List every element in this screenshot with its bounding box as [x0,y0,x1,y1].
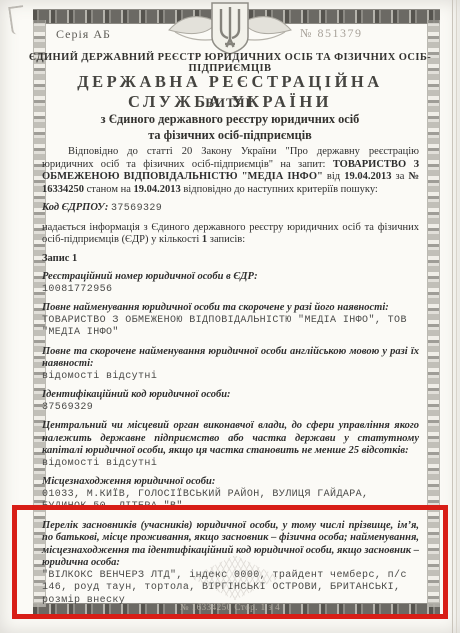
intro-text: станом на [84,184,134,195]
field-value: відомості відсутні [42,371,419,384]
intro-text: від [323,171,344,182]
series-label: Серія АБ [56,27,111,42]
field-registration-number: Реєстраційний номер юридичної особи в ЄД… [42,271,419,296]
record-heading: Запис 1 [42,253,419,266]
edrpou-value: 37569329 [111,203,162,214]
field-identification-code: Ідентифікаційний код юридичної особи: 37… [42,389,419,414]
field-label: Повне та скорочене найменування юридично… [42,346,419,371]
field-value: 10081772956 [42,284,419,297]
asof-date-bold: 19.04.2013 [134,184,181,195]
field-value: 01033, М.КИЇВ, ГОЛОСІЇВСЬКИЙ РАЙОН, ВУЛИ… [42,489,419,514]
info-text: записів: [207,234,245,245]
intro-text: за [391,171,408,182]
edrpou-label: Код ЄДРПОУ: [42,202,108,213]
edrpou-row: Код ЄДРПОУ: 37569329 [42,202,419,216]
field-value: ТОВАРИСТВО З ОБМЕЖЕНОЮ ВІДПОВІДАЛЬНІСТЮ … [42,315,419,340]
ukraine-trident-emblem-icon [165,0,295,58]
subtitle-line-1: з Єдиного державного реєстру юридичних о… [0,112,460,127]
field-english-name: Повне та скорочене найменування юридично… [42,346,419,384]
document-body: Відповідно до статті 20 Закону України "… [42,146,419,613]
field-label: Місцезнаходження юридичної особи: [42,476,419,489]
field-label: Ідентифікаційний код юридичної особи: [42,389,419,402]
document-number: № 851379 [300,26,362,41]
page-footer-note: № 16334250 Стор. 1 з 4 [0,602,460,612]
intro-paragraph: Відповідно до статті 20 Закону України "… [42,146,419,196]
field-label: Центральний чи місцевий орган виконавчої… [42,420,419,458]
vytiah-overlay-word: ВИТЯГ [0,95,460,111]
field-value: відомості відсутні [42,458,419,471]
field-full-name: Повне найменування юридичної особи та ск… [42,302,419,340]
field-state-authority: Центральний чи місцевий орган виконавчої… [42,420,419,470]
field-label: Реєстраційний номер юридичної особи в ЄД… [42,271,419,284]
intro-text: відповідно до наступних критеріїв пошуку… [181,184,378,195]
field-value: 37569329 [42,402,419,415]
field-label: Повне найменування юридичної особи та ск… [42,302,419,315]
scan-artifact-mark [8,5,27,35]
title-line-1: ДЕРЖАВНА РЕЄСТРАЦІЙНА [0,72,460,92]
field-location: Місцезнаходження юридичної особи: 01033,… [42,476,419,514]
register-heading: ЄДИНИЙ ДЕРЖАВНИЙ РЕЄСТР ЮРИДИЧНИХ ОСІБ Т… [0,52,460,74]
subtitle-line-2: та фізичних осіб-підприємців [0,128,460,143]
scanned-document-page: Серія АБ № 851379 ЄДИНИЙ ДЕРЖАВНИЙ РЕЄСТ… [0,0,460,633]
info-paragraph: надається інформація з Єдиного державног… [42,222,419,247]
request-date-bold: 19.04.2013 [344,171,391,182]
